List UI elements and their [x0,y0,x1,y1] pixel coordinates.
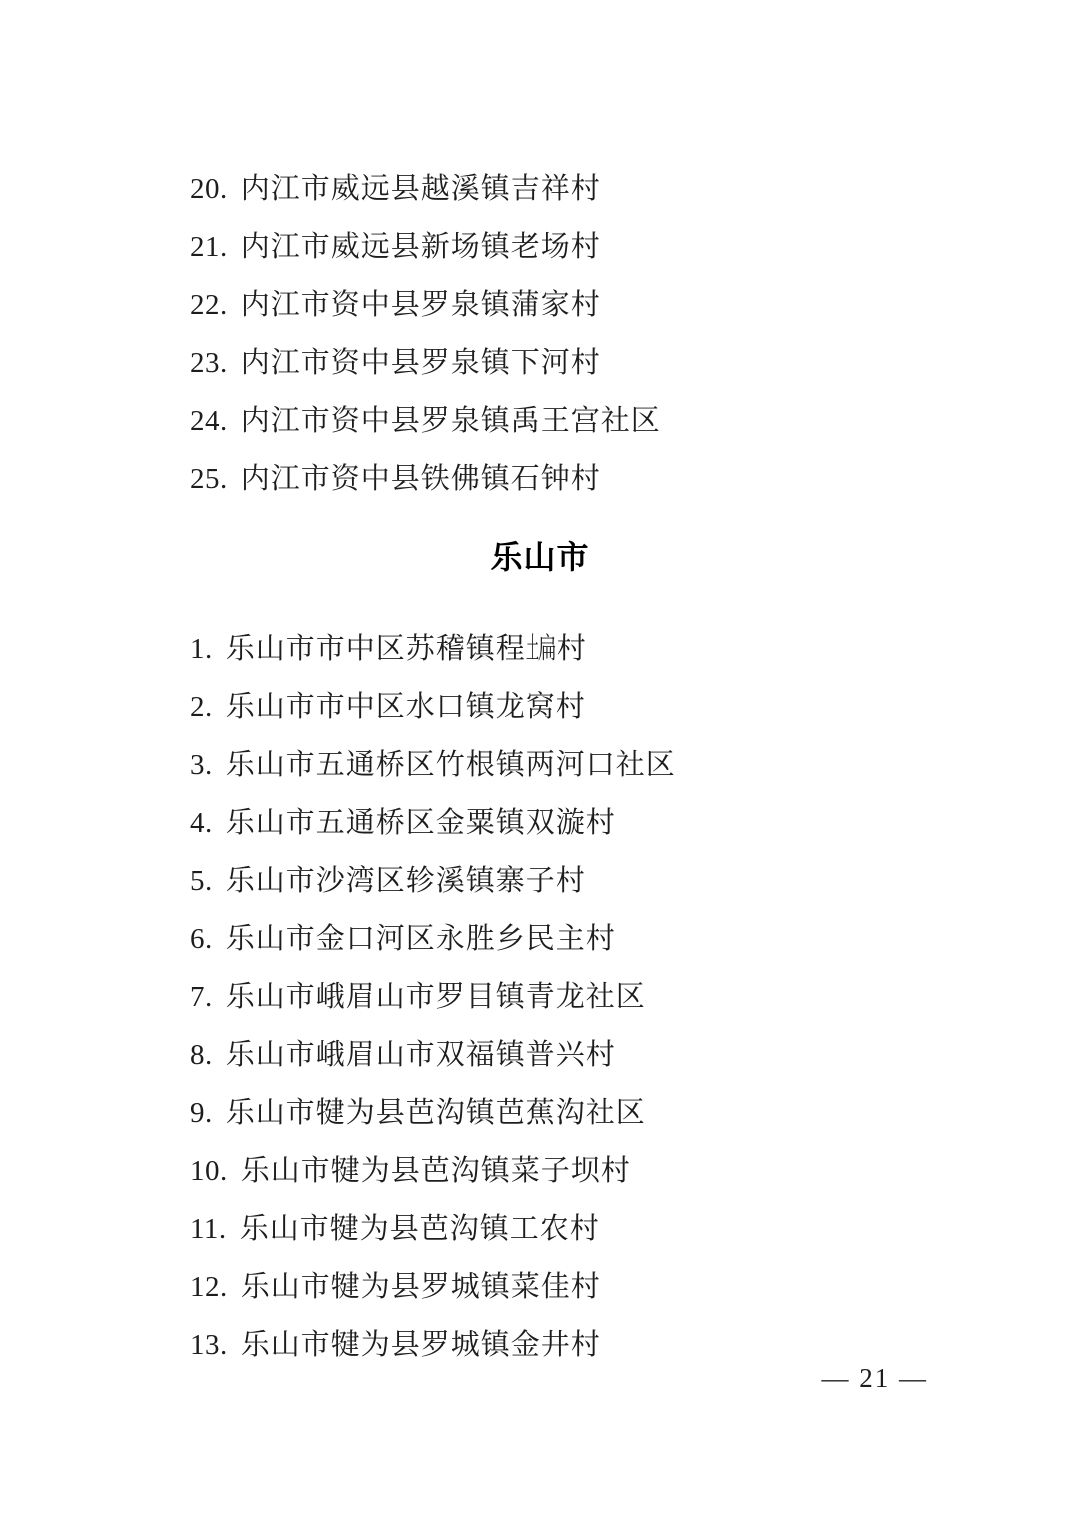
item-text: 乐山市市中区苏稽镇程土扁村 [226,635,587,664]
item-number: 13. [190,1331,228,1360]
item-text: 乐山市金口河区永胜乡民主村 [226,925,616,954]
item-number: 12. [190,1273,228,1302]
list-item: 25. 内江市资中县铁佛镇石钟村 [190,450,661,508]
list-item: 13. 乐山市犍为县罗城镇金井村 [190,1316,676,1374]
item-text: 内江市资中县罗泉镇禹王宫社区 [241,407,661,436]
composite-char-tu-bian: 土扁 [526,635,557,664]
list-item: 24. 内江市资中县罗泉镇禹王宫社区 [190,392,661,450]
item-number: 1. [190,635,213,664]
item-text: 乐山市五通桥区金粟镇双漩村 [226,809,616,838]
item-number: 11. [190,1215,227,1244]
list-item: 8. 乐山市峨眉山市双福镇普兴村 [190,1026,676,1084]
item-number: 25. [190,465,228,494]
list-item: 10. 乐山市犍为县芭沟镇菜子坝村 [190,1142,676,1200]
list-item: 22. 内江市资中县罗泉镇蒲家村 [190,276,661,334]
item-number: 24. [190,407,228,436]
item-number: 4. [190,809,213,838]
list-item: 11. 乐山市犍为县芭沟镇工农村 [190,1200,676,1258]
list-item: 9. 乐山市犍为县芭沟镇芭蕉沟社区 [190,1084,676,1142]
item-number: 21. [190,233,228,262]
item-number: 23. [190,349,228,378]
item-number: 5. [190,867,213,896]
item-text: 乐山市犍为县芭沟镇芭蕉沟社区 [226,1099,646,1128]
item-text: 乐山市犍为县芭沟镇工农村 [240,1215,600,1244]
item-number: 20. [190,175,228,204]
item-number: 7. [190,983,213,1012]
item-text: 内江市威远县新场镇老场村 [241,233,601,262]
section-heading-leshan: 乐山市 [0,539,1080,575]
item-text: 乐山市市中区水口镇龙窝村 [226,693,586,722]
composite-right-part: 扁 [538,635,550,664]
list-item: 23. 内江市资中县罗泉镇下河村 [190,334,661,392]
item-text: 内江市资中县铁佛镇石钟村 [241,465,601,494]
list-item: 20. 内江市威远县越溪镇吉祥村 [190,160,661,218]
page-number: — 21 — [822,1364,929,1394]
item-text: 内江市资中县罗泉镇蒲家村 [241,291,601,320]
item-text: 内江市资中县罗泉镇下河村 [241,349,601,378]
item-text-before: 乐山市市中区苏稽镇程 [226,633,526,665]
item-text: 乐山市犍为县罗城镇金井村 [241,1331,601,1360]
list-item: 3. 乐山市五通桥区竹根镇两河口社区 [190,736,676,794]
neijiang-village-list: 20. 内江市威远县越溪镇吉祥村 21. 内江市威远县新场镇老场村 22. 内江… [190,160,661,508]
list-item: 5. 乐山市沙湾区轸溪镇寨子村 [190,852,676,910]
item-text: 乐山市五通桥区竹根镇两河口社区 [226,751,676,780]
composite-left-radical: 土 [526,635,531,664]
item-text: 乐山市峨眉山市罗目镇青龙社区 [226,983,646,1012]
list-item: 6. 乐山市金口河区永胜乡民主村 [190,910,676,968]
item-number: 2. [190,693,213,722]
item-text: 乐山市犍为县罗城镇菜佳村 [241,1273,601,1302]
list-item: 12. 乐山市犍为县罗城镇菜佳村 [190,1258,676,1316]
item-number: 3. [190,751,213,780]
document-page: 20. 内江市威远县越溪镇吉祥村 21. 内江市威远县新场镇老场村 22. 内江… [0,0,1080,1527]
list-item: 4. 乐山市五通桥区金粟镇双漩村 [190,794,676,852]
list-item: 7. 乐山市峨眉山市罗目镇青龙社区 [190,968,676,1026]
item-text: 乐山市犍为县芭沟镇菜子坝村 [241,1157,631,1186]
item-number: 10. [190,1157,228,1186]
list-item: 21. 内江市威远县新场镇老场村 [190,218,661,276]
item-number: 22. [190,291,228,320]
list-item: 1. 乐山市市中区苏稽镇程土扁村 [190,620,676,678]
item-number: 8. [190,1041,213,1070]
list-item: 2. 乐山市市中区水口镇龙窝村 [190,678,676,736]
item-number: 6. [190,925,213,954]
item-text: 乐山市峨眉山市双福镇普兴村 [226,1041,616,1070]
item-number: 9. [190,1099,213,1128]
leshan-village-list: 1. 乐山市市中区苏稽镇程土扁村 2. 乐山市市中区水口镇龙窝村 3. 乐山市五… [190,620,676,1374]
item-text: 内江市威远县越溪镇吉祥村 [241,175,601,204]
item-text: 乐山市沙湾区轸溪镇寨子村 [226,867,586,896]
item-text-after: 村 [557,633,587,665]
